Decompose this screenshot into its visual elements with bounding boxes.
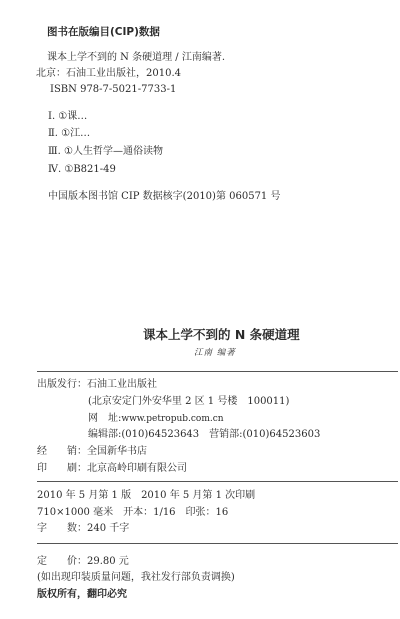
phone-numbers: 编辑部:(010)64523643 营销部:(010)64523603	[88, 429, 320, 441]
publisher-address: (北京安定门外安华里 2 区 1 号楼 100011)	[88, 396, 289, 408]
publisher-name: 石油工业出版社	[87, 379, 157, 390]
publisher-row: 出版发行：石油工业出版社	[37, 379, 157, 391]
printer-label: 印 刷：	[37, 463, 87, 474]
publisher-label: 出版发行：	[37, 379, 87, 390]
website-row: 网 址:www.petropub.com.cn	[88, 413, 224, 425]
price-label: 定 价：	[37, 556, 87, 567]
word-count-label: 字 数：	[37, 523, 87, 534]
cip-classification-1: Ⅰ. ①课…	[48, 111, 87, 123]
book-title: 课本上学不到的 N 条硬道理	[143, 328, 300, 342]
distributor-row: 经 销：全国新华书店	[37, 446, 147, 458]
printer-row: 印 刷：北京高岭印刷有限公司	[37, 463, 187, 475]
cip-entry-title: 课本上学不到的 N 条硬道理 / 江南编著.	[47, 52, 225, 64]
book-author: 江南 编著	[194, 347, 236, 359]
word-count-row: 字 数：240 千字	[37, 523, 129, 535]
distributor-name: 全国新华书店	[87, 446, 147, 457]
copyright-notice: 版权所有，翻印必究	[37, 589, 127, 601]
cip-isbn: ISBN 978-7-5021-7733-1	[50, 84, 176, 96]
cip-classification-3: Ⅲ. ①人生哲学—通俗读物	[48, 146, 163, 158]
website-label: 网 址:	[88, 413, 121, 424]
price-row: 定 价：29.80 元	[37, 556, 129, 568]
cip-classification-2: Ⅱ. ①江…	[48, 128, 90, 140]
divider-rule	[37, 481, 398, 482]
website-url: www.petropub.com.cn	[121, 414, 223, 424]
cip-classification-4: Ⅳ. ①B821-49	[48, 164, 116, 176]
cip-library-note: 中国版本图书馆 CIP 数据核字(2010)第 060571 号	[48, 191, 280, 203]
quality-notice: (如出现印装质量问题，我社发行部负责调换)	[37, 572, 235, 584]
cip-entry-publisher: 北京：石油工业出版社，2010.4	[36, 68, 181, 80]
divider-rule	[37, 371, 398, 372]
price-value: 29.80 元	[87, 556, 129, 567]
format-info: 710×1000 毫米 开本：1/16 印张：16	[37, 507, 228, 519]
cip-heading: 图书在版编目(CIP)数据	[47, 26, 160, 38]
divider-rule	[37, 543, 398, 544]
edition-info: 2010 年 5 月第 1 版 2010 年 5 月第 1 次印刷	[37, 490, 255, 502]
printer-name: 北京高岭印刷有限公司	[87, 463, 187, 474]
distributor-label: 经 销：	[37, 446, 87, 457]
word-count-value: 240 千字	[87, 523, 129, 534]
